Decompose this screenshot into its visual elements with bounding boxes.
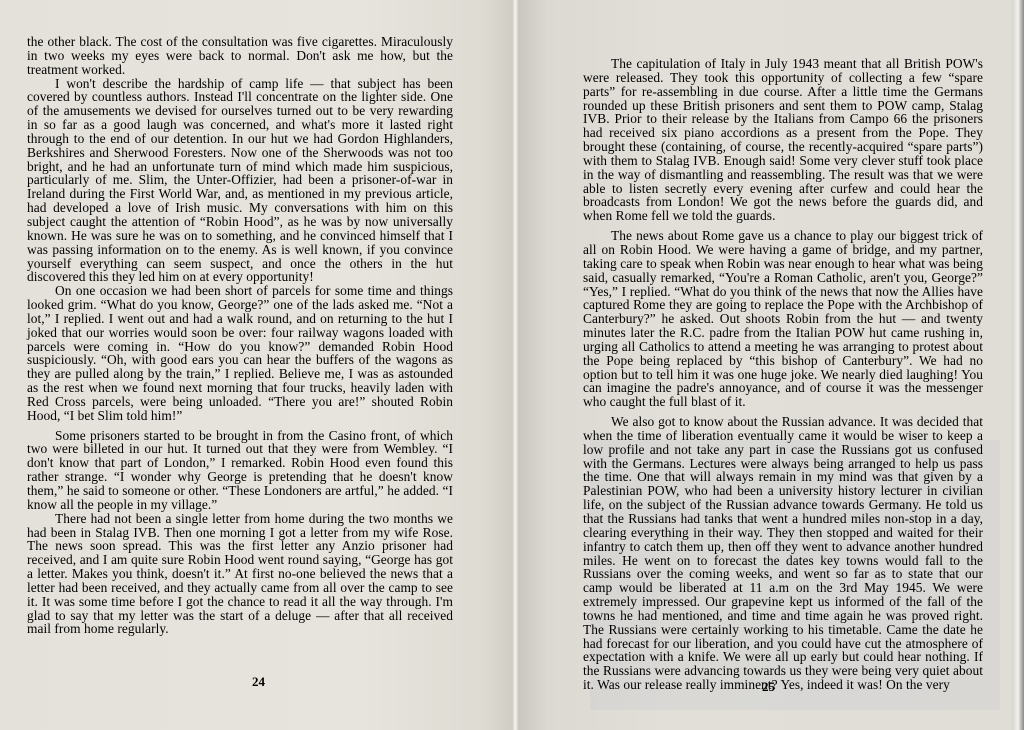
paragraph: The capitulation of Italy in July 1943 m… bbox=[583, 57, 983, 223]
left-page-text: the other black. The cost of the consult… bbox=[27, 35, 453, 636]
page-edge bbox=[1012, 0, 1024, 730]
paragraph: There had not been a single letter from … bbox=[27, 512, 453, 637]
paragraph: On one occasion we had been short of par… bbox=[27, 284, 453, 422]
paragraph: I won't describe the hardship of camp li… bbox=[27, 77, 453, 285]
paragraph: We also got to know about the Russian ad… bbox=[583, 415, 983, 692]
page-number-right: 25 bbox=[762, 679, 775, 695]
page-number-left: 24 bbox=[252, 674, 265, 690]
book-spread: the other black. The cost of the consult… bbox=[0, 0, 1024, 730]
right-page-text: The capitulation of Italy in July 1943 m… bbox=[583, 57, 983, 692]
paragraph: The news about Rome gave us a chance to … bbox=[583, 229, 983, 409]
paragraph: Some prisoners started to be brought in … bbox=[27, 429, 453, 512]
paragraph: the other black. The cost of the consult… bbox=[27, 35, 453, 77]
